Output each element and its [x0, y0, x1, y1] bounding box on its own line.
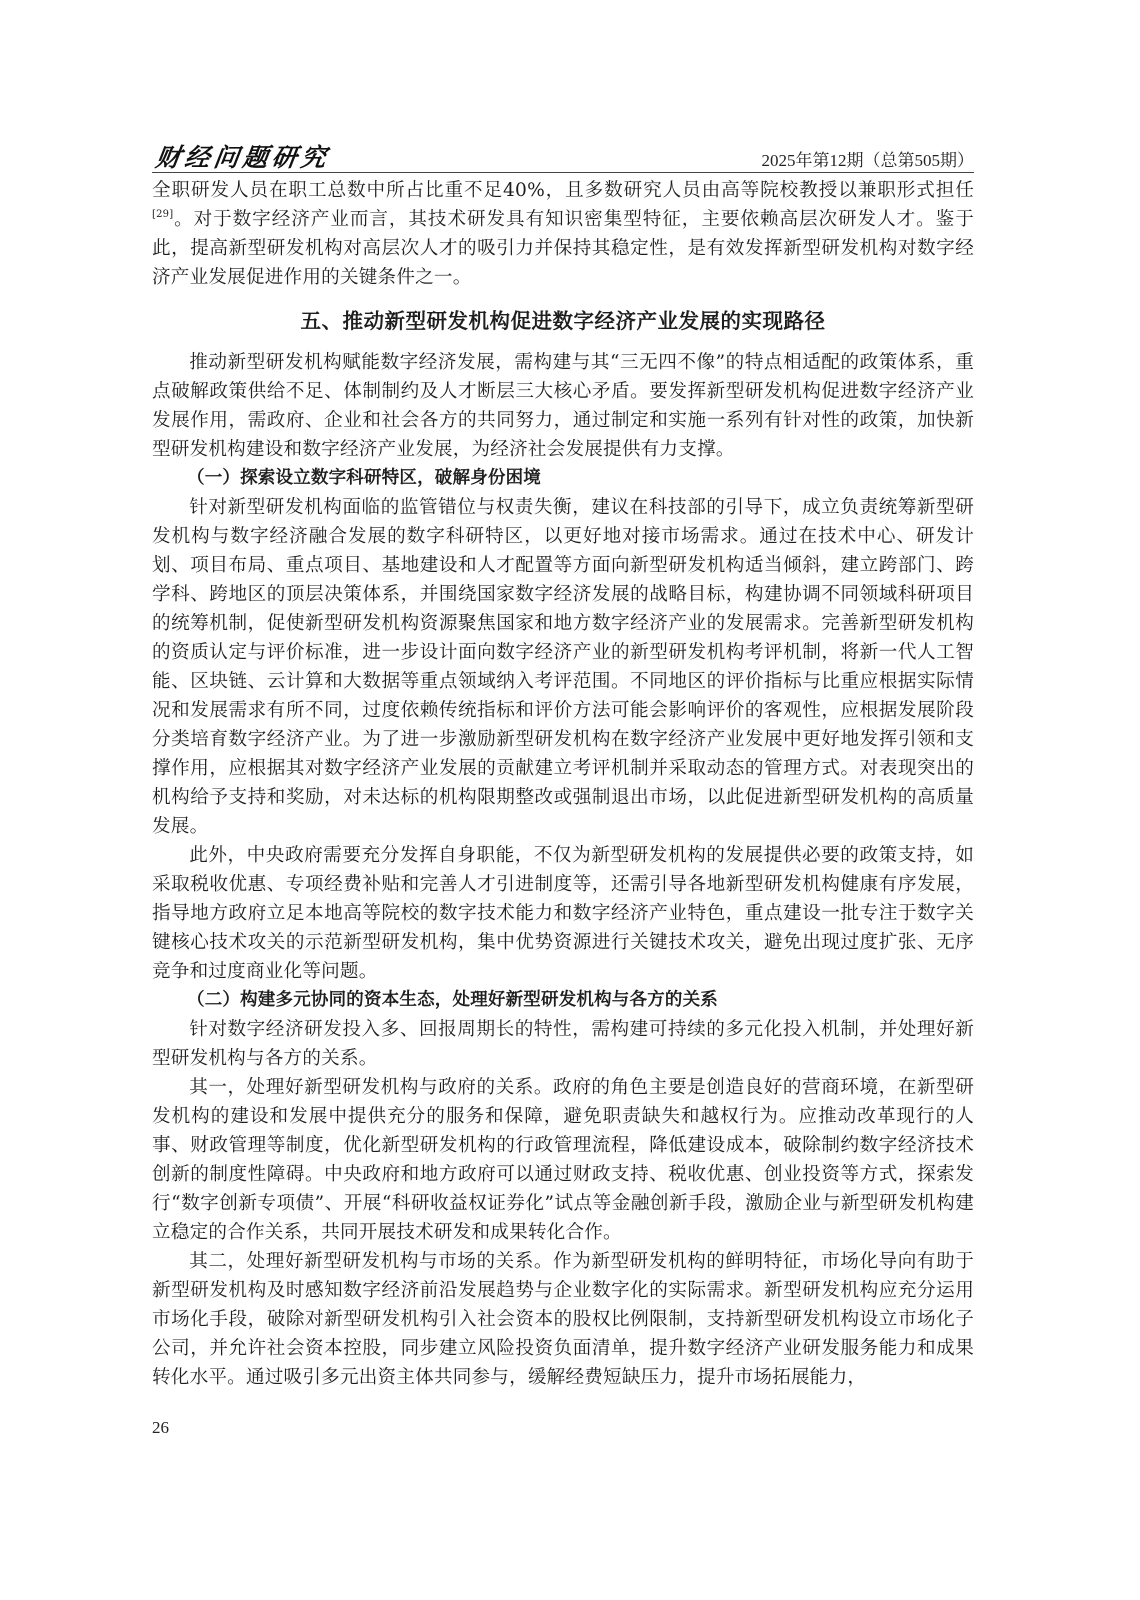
page-number: 26: [152, 1418, 169, 1438]
paragraph-text: 。对于数字经济产业而言，其技术研发具有知识密集型特征，主要依赖高层次研发人才。鉴…: [152, 209, 974, 288]
subsection-heading-2: （二）构建多元协同的资本生态，处理好新型研发机构与各方的关系: [152, 986, 974, 1015]
section-intro-paragraph: 推动新型研发机构赋能数字经济发展，需构建与其“三无四不像”的特点相适配的政策体系…: [152, 348, 974, 464]
body-paragraph: 其一，处理好新型研发机构与政府的关系。政府的角色主要是创造良好的营商环境，在新型…: [152, 1073, 974, 1247]
continuation-paragraph: 全职研发人员在职工总数中所占比重不足40%，且多数研究人员由高等院校教授以兼职形…: [152, 176, 974, 292]
running-header: 财经问题研究 2025年第12期（总第505期）: [152, 136, 974, 173]
journal-logo: 财经问题研究: [153, 138, 332, 174]
paragraph-text: 全职研发人员在职工总数中所占比重不足40%，且多数研究人员由高等院校教授以兼职形…: [152, 180, 974, 201]
issue-info: 2025年第12期（总第505期）: [762, 146, 975, 171]
citation-reference[interactable]: [29]: [152, 209, 173, 220]
body-paragraph: 此外，中央政府需要充分发挥自身职能，不仅为新型研发机构的发展提供必要的政策支持，…: [152, 841, 974, 986]
body-paragraph: 其二，处理好新型研发机构与市场的关系。作为新型研发机构的鲜明特征，市场化导向有助…: [152, 1247, 974, 1392]
body-paragraph: 针对数字经济研发投入多、回报周期长的特性，需构建可持续的多元化投入机制，并处理好…: [152, 1015, 974, 1073]
subsection-heading-1: （一）探索设立数字科研特区，破解身份困境: [152, 464, 974, 493]
section-heading: 五、推动新型研发机构促进数字经济产业发展的实现路径: [152, 306, 974, 336]
article-body: 全职研发人员在职工总数中所占比重不足40%，且多数研究人员由高等院校教授以兼职形…: [152, 176, 974, 1392]
body-paragraph: 针对新型研发机构面临的监管错位与权责失衡，建议在科技部的引导下，成立负责统筹新型…: [152, 493, 974, 841]
